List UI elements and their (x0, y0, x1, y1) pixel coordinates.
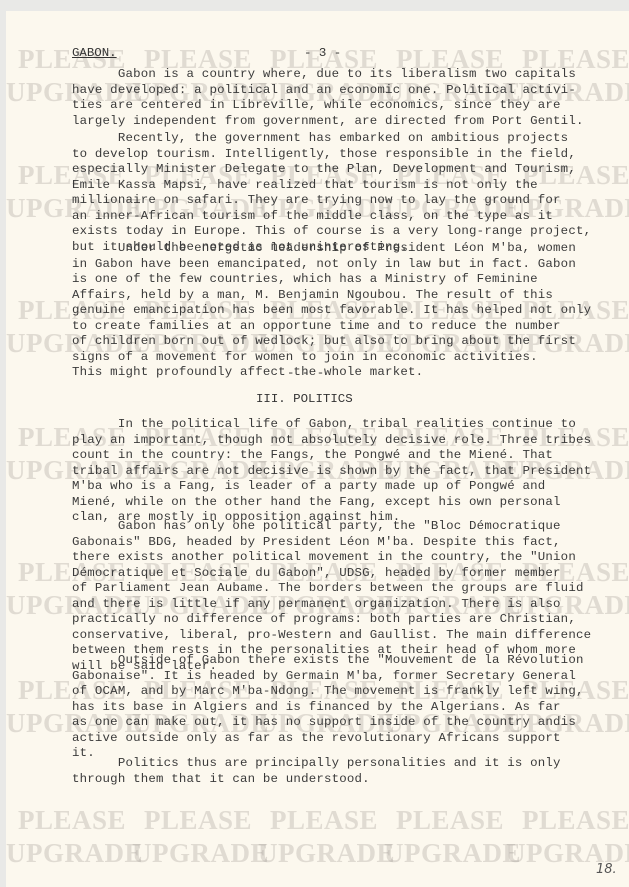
page-number: - 3 - (304, 46, 341, 60)
paragraph-mouvement: Outside of Gabon there exists the "Mouve… (72, 653, 584, 762)
paragraph-conclusion: Politics thus are principally personalit… (72, 756, 561, 787)
paragraph-tribes: In the political life of Gabon, tribal r… (72, 417, 591, 526)
paragraph-capitals: Gabon is a country where, due to its lib… (72, 67, 584, 129)
section-separator: - - - (287, 366, 324, 380)
handwritten-page-note: 18. (596, 862, 617, 877)
paragraph-emancipation: Under the energetic leadership of Presid… (72, 241, 591, 381)
section-title: III. POLITICS (256, 392, 353, 406)
paragraph-tourism: Recently, the government has embarked on… (72, 131, 591, 255)
document-header-title: GABON. (72, 46, 117, 60)
paragraph-parties: Gabon has only one political party, the … (72, 519, 591, 674)
